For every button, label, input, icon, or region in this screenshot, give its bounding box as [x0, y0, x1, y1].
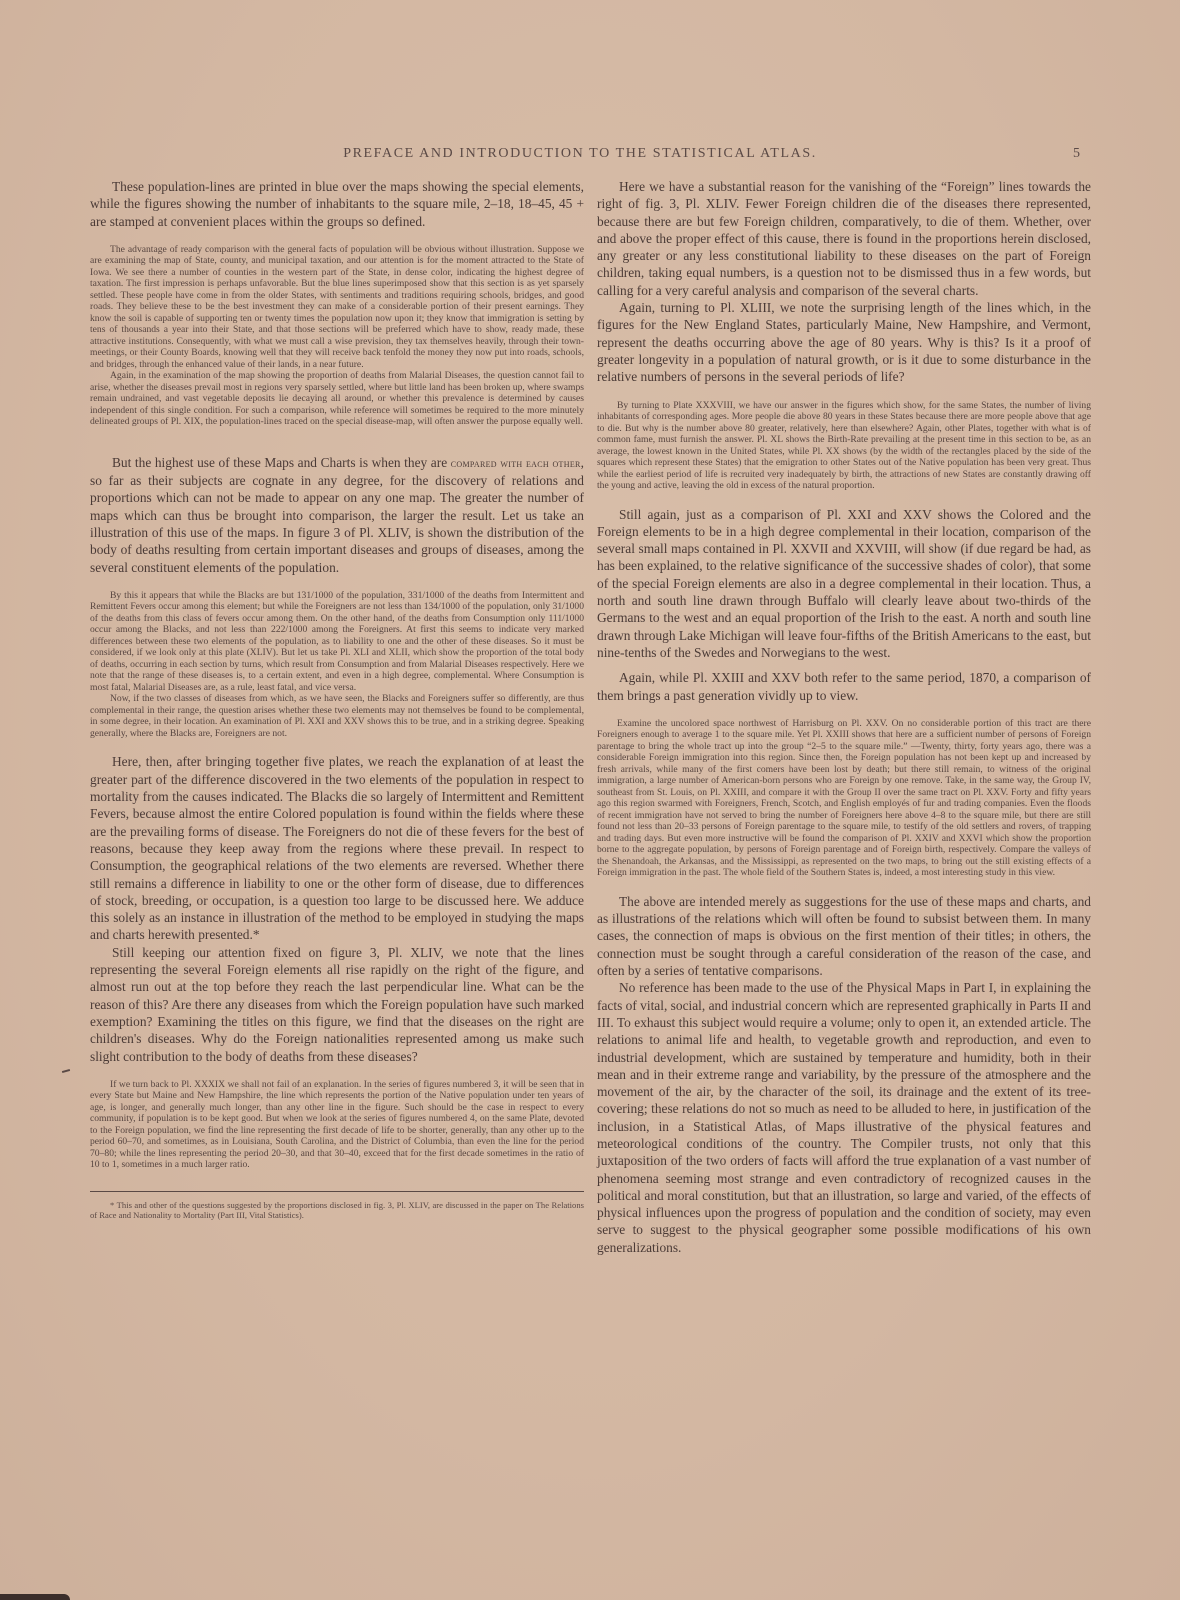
paragraph: But the highest use of these Maps and Ch… [90, 454, 584, 576]
left-column: These population-lines are printed in bl… [90, 178, 584, 1221]
small-paragraph: The advantage of ready comparison with t… [90, 244, 584, 371]
paragraph: These population-lines are printed in bl… [90, 178, 584, 230]
small-paragraph: By turning to Plate XXXVIII, we have our… [597, 400, 1091, 492]
small-paragraph: Again, in the examination of the map sho… [90, 370, 584, 428]
paragraph: Again, while Pl. XXIII and XXV both refe… [597, 669, 1091, 704]
paragraph: Still keeping our attention fixed on fig… [90, 944, 584, 1065]
paragraph: Here we have a substantial reason for th… [597, 178, 1091, 299]
small-paragraph: Now, if the two classes of diseases from… [90, 693, 584, 739]
paragraph: Here, then, after bringing together five… [90, 753, 584, 943]
small-paragraph: Examine the uncolored space northwest of… [597, 718, 1091, 879]
small-caps-emphasis: compared with each other [451, 456, 581, 470]
margin-mark [62, 1069, 70, 1073]
text-run: , so far as their subjects are cognate i… [90, 455, 584, 575]
running-header: PREFACE AND INTRODUCTION TO THE STATISTI… [60, 146, 1100, 166]
page-title: PREFACE AND INTRODUCTION TO THE STATISTI… [60, 146, 1100, 162]
paragraph: The above are intended merely as suggest… [597, 893, 1091, 979]
footnote-divider [90, 1191, 584, 1192]
paragraph: Still again, just as a comparison of Pl.… [597, 506, 1091, 662]
footnote: * This and other of the questions sugges… [90, 1200, 584, 1221]
small-paragraph: By this it appears that while the Blacks… [90, 590, 584, 694]
paragraph: Again, turning to Pl. XLIII, we note the… [597, 299, 1091, 385]
document-page: PREFACE AND INTRODUCTION TO THE STATISTI… [0, 0, 1180, 1600]
paragraph: No reference has been made to the use of… [597, 979, 1091, 1256]
right-column: Here we have a substantial reason for th… [597, 178, 1091, 1256]
small-paragraph: If we turn back to Pl. XXXIX we shall no… [90, 1079, 584, 1171]
page-number: 5 [1073, 146, 1080, 162]
text-run: But the highest use of these Maps and Ch… [112, 455, 451, 470]
page-edge-shadow [0, 1594, 70, 1600]
